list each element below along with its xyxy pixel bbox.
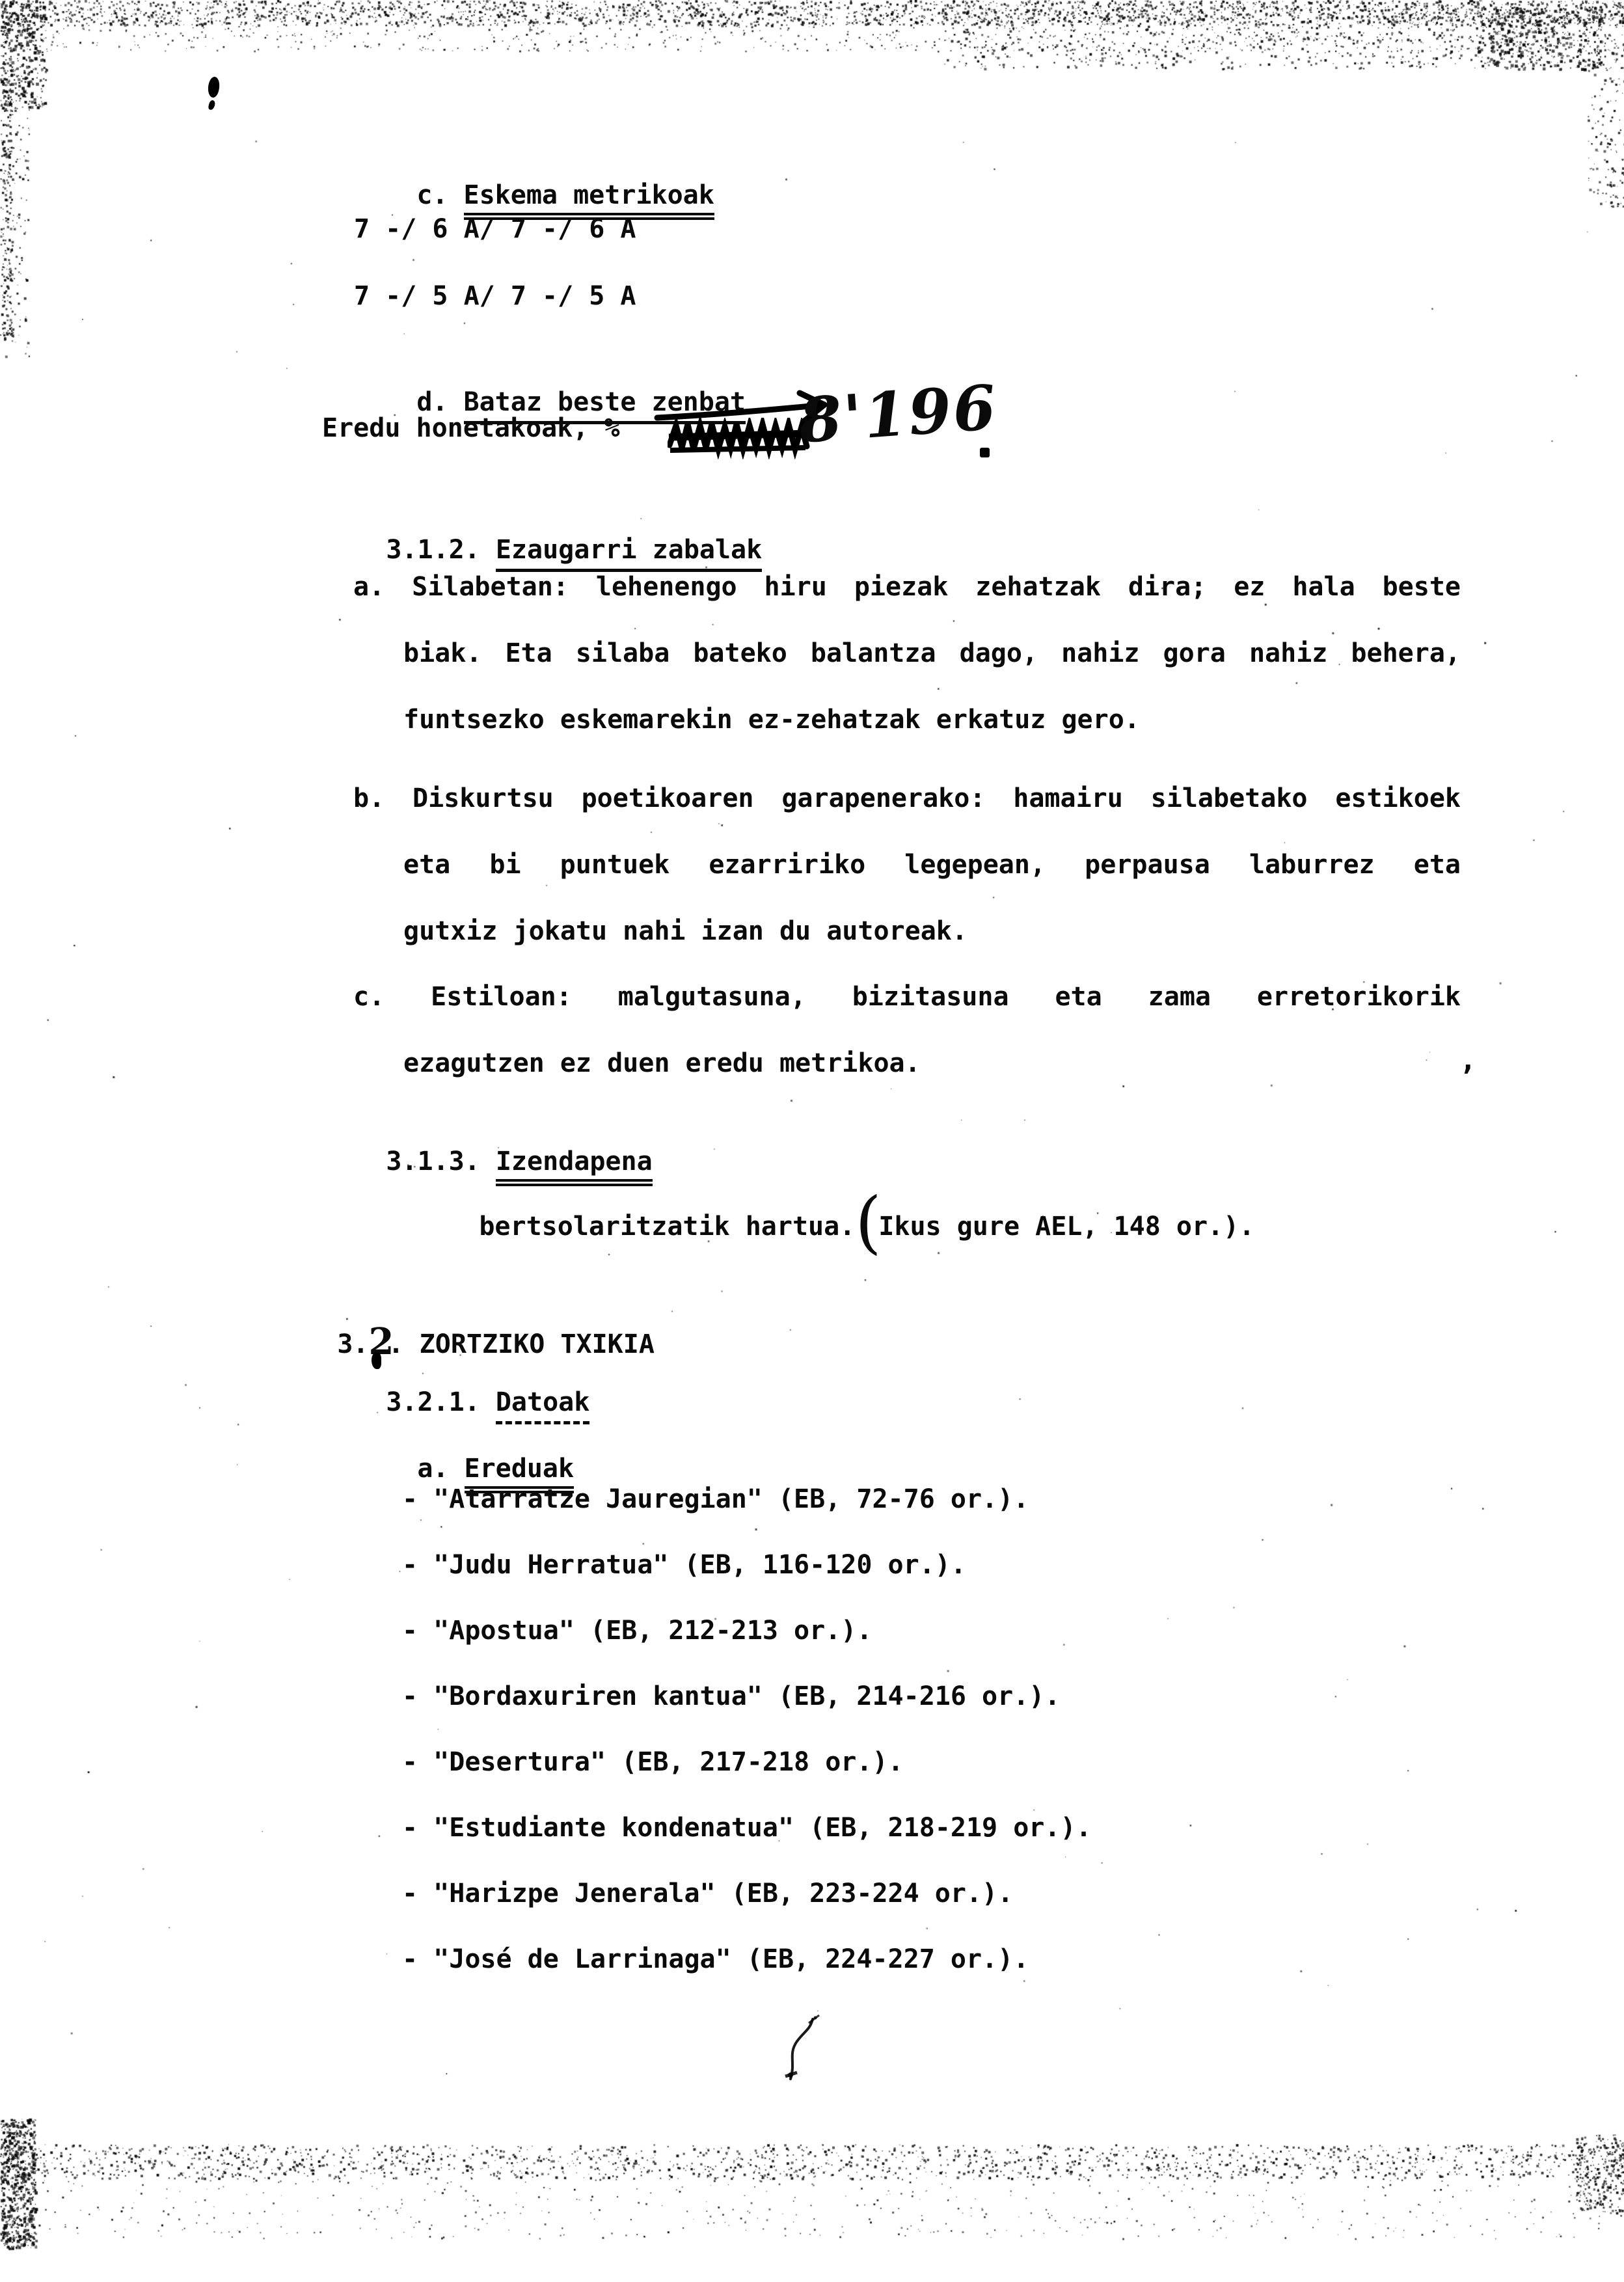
paragraph-estiloan: c. Estiloan: malgutasuna, bizitasuna eta… <box>353 981 1461 1114</box>
body-text: Ikus gure AEL, 148 or.). <box>878 1212 1254 1242</box>
izendapena-body-line: bertsolaritzatik hartua.(Ikus gure AEL, … <box>416 1180 1254 1273</box>
list-item: - "Apostua" (EB, 212-213 or.). <box>402 1615 1092 1681</box>
ink-mark-blob <box>207 76 221 98</box>
heading-marker: c. <box>416 180 448 210</box>
scanned-document-page: c.Eskema metrikoak 7 -/ 6 A/ 7 -/ 6 A 7 … <box>0 0 1624 2282</box>
list-item: - "Desertura" (EB, 217-218 or.). <box>402 1746 1092 1812</box>
metric-scheme-line: 7 -/ 6 A/ 7 -/ 6 A <box>354 213 636 245</box>
list-item: - "Harizpe Jenerala" (EB, 223-224 or.). <box>402 1878 1092 1944</box>
paragraph-diskurtsu: b. Diskurtsu poetikoaren garapenerako: h… <box>353 783 1461 982</box>
heading-title: Datoak <box>496 1387 590 1424</box>
list-item: - "Judu Herratua" (EB, 116-120 or.). <box>402 1549 1092 1615</box>
paragraph-line: a. Silabetan: lehenengo hiru piezak zeha… <box>353 571 1461 638</box>
paragraph-line: gutxiz jokatu nahi izan du autoreak. <box>403 916 1461 982</box>
section-number: 3.2.1. <box>386 1387 480 1417</box>
body-text: bertsolaritzatik hartua. <box>479 1212 855 1242</box>
stray-comma-mark: , <box>1459 1044 1477 1077</box>
section-number: 3.1.2. <box>386 535 480 565</box>
list-item: - "Atarratze Jauregian" (EB, 72-76 or.). <box>402 1484 1092 1549</box>
list-item: - "José de Larrinaga" (EB, 224-227 or.). <box>402 1944 1092 2009</box>
works-list: - "Atarratze Jauregian" (EB, 72-76 or.).… <box>402 1484 1092 2009</box>
paragraph-line: biak. Eta silaba bateko balantza dago, n… <box>403 638 1461 704</box>
heading-title: Ezaugarri zabalak <box>496 535 762 572</box>
ink-mark <box>208 77 219 110</box>
paragraph-silabetan: a. Silabetan: lehenengo hiru piezak zeha… <box>353 571 1461 770</box>
ink-smudge <box>771 2007 830 2082</box>
handwritten-percentage-value: 8'196 <box>797 377 999 452</box>
paragraph-line: c. Estiloan: malgutasuna, bizitasuna eta… <box>353 981 1461 1048</box>
list-item: - "Bordaxuriren kantua" (EB, 214-216 or.… <box>402 1681 1092 1746</box>
paragraph-line: funtsezko eskemarekin ez-zehatzak erkatu… <box>403 704 1461 770</box>
heading-marker: a. <box>417 1454 448 1484</box>
section-number: 3.1.3. <box>386 1147 480 1176</box>
list-item: - "Estudiante kondenatua" (EB, 218-219 o… <box>402 1812 1092 1878</box>
average-line: Eredu honetakoak, % <box>322 413 620 444</box>
handwritten-period <box>980 448 990 457</box>
paragraph-line: ezagutzen ez duen eredu metrikoa. <box>403 1048 1461 1114</box>
paragraph-line: eta bi puntuek ezarririko legepean, perp… <box>403 849 1461 916</box>
ink-mark-tail <box>208 100 215 111</box>
paragraph-line: b. Diskurtsu poetikoaren garapenerako: h… <box>353 783 1461 849</box>
metric-scheme-line: 7 -/ 5 A/ 7 -/ 5 A <box>354 280 636 312</box>
handwritten-digit-overwrite: 2 <box>369 1326 388 1357</box>
